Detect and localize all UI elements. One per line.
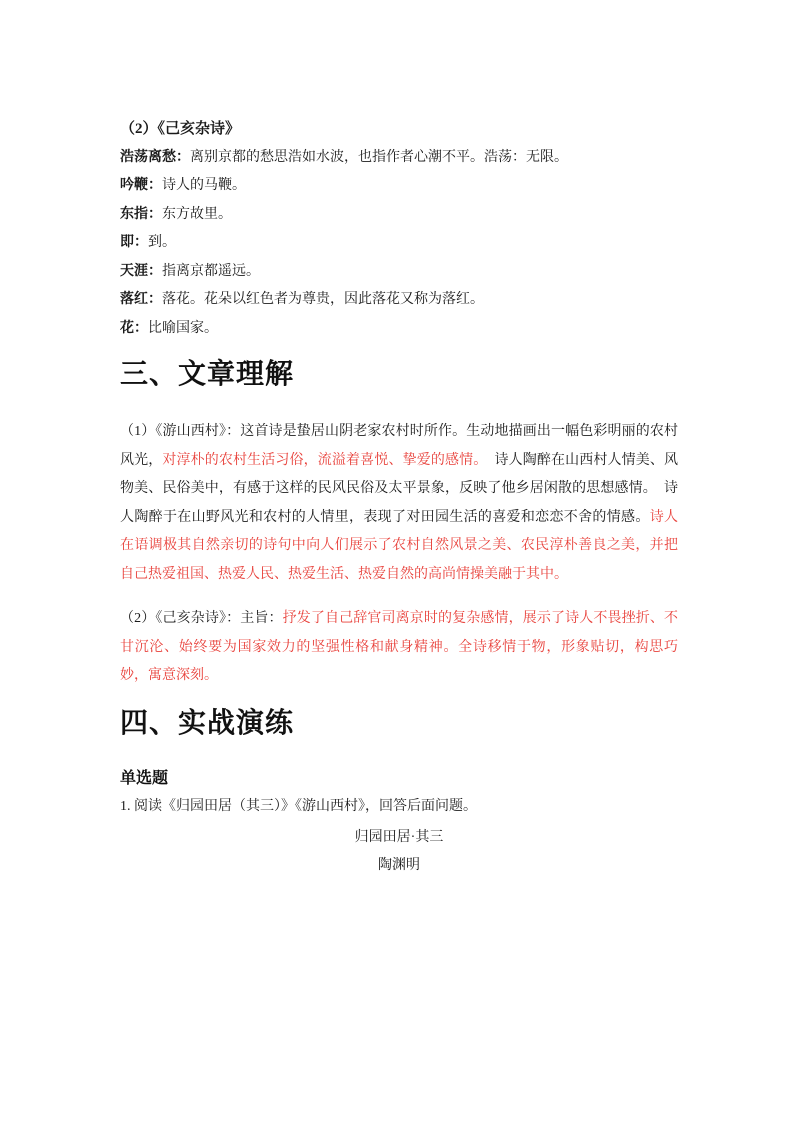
definition-term: 东指： (120, 207, 162, 222)
definition-text: 东方故里。 (162, 207, 232, 222)
definition-text: 诗人的马鞭。 (162, 178, 246, 193)
definition-text: 指离京都遥远。 (162, 264, 260, 279)
definition-item: 浩荡离愁：离别京都的愁思浩如水波，也指作者心潮不平。浩荡：无限。 (120, 144, 678, 173)
poem-author: 陶渊明 (120, 852, 678, 881)
section-heading-practice: 四、实战演练 (120, 703, 678, 743)
definition-item: 即：到。 (120, 229, 678, 258)
definition-term: 落红： (120, 292, 162, 307)
poem-title: 归园田居·其三 (120, 824, 678, 853)
definition-term: 吟鞭： (120, 178, 162, 193)
comprehension-paragraph-1: （1）《游山西村》：这首诗是蛰居山阴老家农村时所作。生动地描画出一幅色彩明丽的农… (120, 418, 678, 589)
definition-item: 东指：东方故里。 (120, 201, 678, 230)
definition-text: 比喻国家。 (148, 321, 218, 336)
definition-term: 浩荡离愁： (120, 150, 190, 165)
definition-text: 离别京都的愁思浩如水波，也指作者心潮不平。浩荡：无限。 (190, 150, 568, 165)
section-heading-comprehension: 三、文章理解 (120, 354, 678, 394)
question-type-label: 单选题 (120, 765, 678, 794)
highlighted-text-segment: 对淳朴的农村生活习俗，流溢着喜悦、挚爱的感情。 (162, 453, 480, 468)
definition-item: 天涯：指离京都遥远。 (120, 258, 678, 287)
definition-term: 即： (120, 235, 148, 250)
definition-item: 吟鞭：诗人的马鞭。 (120, 172, 678, 201)
definition-text: 到。 (148, 235, 176, 250)
document-page: （2）《己亥杂诗》 浩荡离愁：离别京都的愁思浩如水波，也指作者心潮不平。浩荡：无… (0, 0, 793, 1122)
definition-term: 花： (120, 321, 148, 336)
definition-item: 落红：落花。花朵以红色者为尊贵，因此落花又称为落红。 (120, 286, 678, 315)
comprehension-paragraph-2: （2）《己亥杂诗》：主旨：抒发了自己辞官司离京时的复杂感情，展示了诗人不畏挫折、… (120, 605, 678, 691)
definition-item: 花：比喻国家。 (120, 315, 678, 344)
definition-text: 落花。花朵以红色者为尊贵，因此落花又称为落红。 (162, 292, 484, 307)
document-content: （2）《己亥杂诗》 浩荡离愁：离别京都的愁思浩如水波，也指作者心潮不平。浩荡：无… (0, 0, 793, 1122)
definition-term: 天涯： (120, 264, 162, 279)
vocab-subsection-title: （2）《己亥杂诗》 (120, 115, 678, 144)
text-segment: （2）《己亥杂诗》：主旨： (120, 611, 283, 626)
question-text: 1. 阅读《归园田居（其三）》《游山西村》，回答后面问题。 (120, 793, 678, 822)
